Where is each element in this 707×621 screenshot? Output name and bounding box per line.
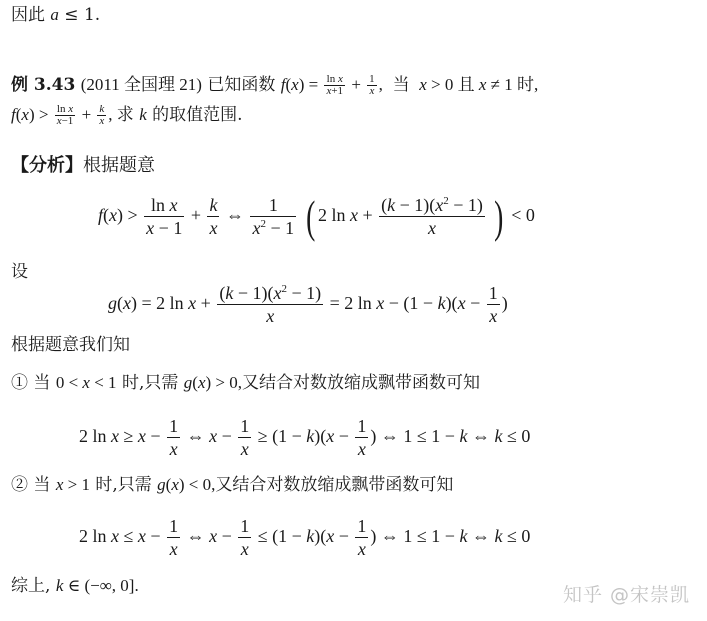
- analysis-heading: 【分析】: [11, 155, 83, 176]
- case-2-text-c: 又结合对数放缩成飘带函数可知: [215, 475, 453, 495]
- example-label: 例 3.43: [11, 75, 75, 95]
- therefore-line: 因此 a ≤ 1.: [11, 5, 100, 25]
- case-2-need: g(x) < 0,: [157, 475, 215, 494]
- example-intro: 已知函数: [207, 75, 275, 95]
- case-1-text-a: 当: [33, 373, 50, 393]
- case-2-cond: x > 1: [56, 475, 90, 494]
- inequality: f(x) > ln xx−1 + kx,: [11, 105, 117, 124]
- case-2-text-a: 当: [33, 475, 50, 495]
- case-1-need: g(x) > 0,: [184, 373, 242, 392]
- case-1-marker: ①: [11, 373, 28, 393]
- case-2-line: ② 当 x > 1 时,只需 g(x) < 0,又结合对数放缩成飘带函数可知: [11, 475, 453, 495]
- case-2-marker: ②: [11, 475, 28, 495]
- condition-pre: 当: [393, 75, 410, 95]
- case-1-cond: 0 < x < 1: [56, 373, 117, 392]
- equation-2: g(x) = 2 ln x + (k − 1)(x2 − 1)x = 2 ln …: [108, 280, 508, 327]
- case-2-equation: 2 ln x ≤ x − 1x ⇔ x − 1x ≤ (1 − k)(x − 1…: [79, 513, 530, 560]
- we-know: 根据题意我们知: [11, 335, 130, 355]
- case-2-text-b: 时,只需: [95, 475, 151, 495]
- therefore-text: 因此 a ≤ 1.: [11, 5, 100, 25]
- condition: x > 0 且 x ≠ 1 时,: [415, 75, 538, 94]
- we-know-line: 根据题意我们知: [11, 335, 130, 355]
- conclusion-label: 综上,: [11, 576, 50, 596]
- case-1-line: ① 当 0 < x < 1 时,只需 g(x) > 0,又结合对数放缩成飘带函数…: [11, 373, 480, 393]
- analysis-line: 【分析】根据题意: [11, 156, 155, 176]
- conclusion: k ∈ (−∞, 0].: [56, 576, 139, 595]
- example-source: (2011 全国理 21): [81, 75, 202, 94]
- case-1-text-c: 又结合对数放缩成飘带函数可知: [242, 373, 480, 393]
- example-line-2: f(x) > ln xx−1 + kx, 求 k 的取值范围.: [11, 104, 243, 127]
- let-line: 设: [11, 262, 28, 282]
- case-1-equation: 2 ln x ≥ x − 1x ⇔ x − 1x ≥ (1 − k)(x − 1…: [79, 413, 530, 460]
- case-1-text-b: 时,只需: [122, 373, 178, 393]
- let-label: 设: [11, 262, 28, 282]
- ask: 求 k 的取值范围.: [117, 105, 243, 125]
- analysis-intro: 根据题意: [83, 155, 155, 176]
- equation-1: f(x) > ln xx − 1 + kx ⇔ 1x2 − 1 (2 ln x …: [98, 192, 535, 240]
- example-line-1: 例 3.43 (2011 全国理 21) 已知函数 f(x) = ln xx+1…: [11, 74, 538, 97]
- fx-definition: f(x) = ln xx+1 + 1x,: [281, 75, 387, 94]
- conclusion-line: 综上, k ∈ (−∞, 0].: [11, 576, 139, 596]
- watermark: 知乎 @宋崇凯: [563, 580, 690, 607]
